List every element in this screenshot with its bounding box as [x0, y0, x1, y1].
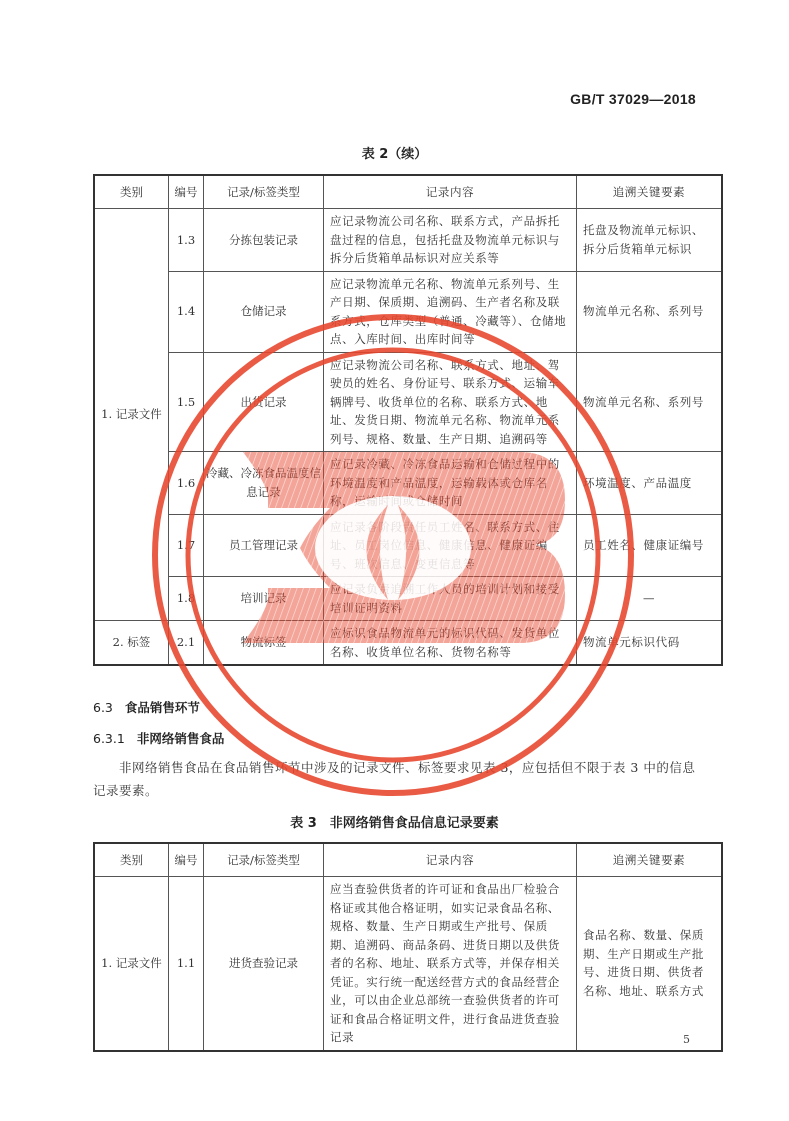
number-cell: 1.1 [169, 877, 204, 1051]
content-cell: 应当查验供货者的许可证和食品出厂检验合格证或其他合格证明，如实记录食品名称、规格… [324, 877, 577, 1051]
column-header-content: 记录内容 [324, 175, 577, 209]
number-cell: 1.5 [169, 352, 204, 452]
column-header-key-elements: 追溯关键要素 [577, 175, 723, 209]
column-header-content: 记录内容 [324, 843, 577, 877]
column-header-category: 类别 [94, 843, 169, 877]
body-paragraph: 非网络销售食品在食品销售环节中涉及的记录文件、标签要求见表 3，应包括但不限于表… [93, 756, 699, 802]
table-header-row: 类别 编号 记录/标签类型 记录内容 追溯关键要素 [94, 175, 722, 209]
column-header-number: 编号 [169, 175, 204, 209]
type-cell: 员工管理记录 [204, 514, 324, 577]
content-cell: 应记录负责追溯工作人员的培训计划和接受培训证明资料 [324, 577, 577, 621]
number-cell: 1.8 [169, 577, 204, 621]
content-cell: 应记录物流公司名称、联系方式、地址、驾驶员的姓名、身份证号、联系方式、运输车辆牌… [324, 352, 577, 452]
standard-code: GB/T 37029—2018 [570, 91, 696, 107]
table-row: 1.6冷藏、冷冻食品温度信息记录应记录冷藏、冷冻食品运输和仓储过程中的环境温度和… [94, 452, 722, 515]
content-cell: 应记录物流公司名称、联系方式，产品拆托盘过程的信息，包括托盘及物流单元标识与拆分… [324, 209, 577, 272]
column-header-type: 记录/标签类型 [204, 843, 324, 877]
key-elements-cell: 物流单元名称、系列号 [577, 352, 723, 452]
type-cell: 冷藏、冷冻食品温度信息记录 [204, 452, 324, 515]
key-elements-cell: — [577, 577, 723, 621]
table-row: 2. 标签2.1物流标签应标识食品物流单元的标识代码、发货单位名称、收货单位名称… [94, 621, 722, 666]
table-row: 1.5出货记录应记录物流公司名称、联系方式、地址、驾驶员的姓名、身份证号、联系方… [94, 352, 722, 452]
table-row: 1. 记录文件1.3分拣包装记录应记录物流公司名称、联系方式，产品拆托盘过程的信… [94, 209, 722, 272]
section-heading-6-3: 6.3食品销售环节 [93, 698, 200, 716]
type-cell: 培训记录 [204, 577, 324, 621]
number-cell: 1.6 [169, 452, 204, 515]
section-heading-6-3-1: 6.3.1非网络销售食品 [93, 729, 224, 747]
type-cell: 进货查验记录 [204, 877, 324, 1051]
category-cell: 1. 记录文件 [94, 209, 169, 621]
section-number: 6.3.1 [93, 731, 125, 746]
table-row: 1. 记录文件 1.1 进货查验记录 应当查验供货者的许可证和食品出厂检验合格证… [94, 877, 722, 1051]
key-elements-cell: 物流单元标识代码 [577, 621, 723, 666]
number-cell: 1.3 [169, 209, 204, 272]
section-title: 非网络销售食品 [137, 731, 225, 746]
category-cell: 2. 标签 [94, 621, 169, 666]
number-cell: 2.1 [169, 621, 204, 666]
section-number: 6.3 [93, 700, 113, 715]
content-cell: 应记录物流单元名称、物流单元系列号、生产日期、保质期、追溯码、生产者名称及联系方… [324, 271, 577, 352]
table-row: 1.7员工管理记录应记录各阶段责任员工姓名、联系方式、住址、员工岗位信息、健康信… [94, 514, 722, 577]
type-cell: 分拣包装记录 [204, 209, 324, 272]
table-2: 类别 编号 记录/标签类型 记录内容 追溯关键要素 1. 记录文件1.3分拣包装… [93, 174, 723, 666]
type-cell: 仓储记录 [204, 271, 324, 352]
column-header-type: 记录/标签类型 [204, 175, 324, 209]
page-number: 5 [683, 1033, 690, 1046]
key-elements-cell: 员工姓名、健康证编号 [577, 514, 723, 577]
table-row: 1.4仓储记录应记录物流单元名称、物流单元系列号、生产日期、保质期、追溯码、生产… [94, 271, 722, 352]
content-cell: 应标识食品物流单元的标识代码、发货单位名称、收货单位名称、货物名称等 [324, 621, 577, 666]
content-cell: 应记录各阶段责任员工姓名、联系方式、住址、员工岗位信息、健康信息、健康证编号、班… [324, 514, 577, 577]
table-row: 1.8培训记录应记录负责追溯工作人员的培训计划和接受培训证明资料— [94, 577, 722, 621]
key-elements-cell: 环境温度、产品温度 [577, 452, 723, 515]
number-cell: 1.4 [169, 271, 204, 352]
number-cell: 1.7 [169, 514, 204, 577]
key-elements-cell: 托盘及物流单元标识、拆分后货箱单元标识 [577, 209, 723, 272]
type-cell: 物流标签 [204, 621, 324, 666]
column-header-key-elements: 追溯关键要素 [577, 843, 723, 877]
content-cell: 应记录冷藏、冷冻食品运输和仓储过程中的环境温度和产品温度，运输载体或仓库名称，运… [324, 452, 577, 515]
column-header-category: 类别 [94, 175, 169, 209]
type-cell: 出货记录 [204, 352, 324, 452]
section-title: 食品销售环节 [125, 700, 200, 715]
table-3-caption: 表 3 非网络销售食品信息记录要素 [0, 812, 789, 831]
table-2-caption: 表 2（续） [0, 143, 789, 162]
category-cell: 1. 记录文件 [94, 877, 169, 1051]
column-header-number: 编号 [169, 843, 204, 877]
table-header-row: 类别 编号 记录/标签类型 记录内容 追溯关键要素 [94, 843, 722, 877]
key-elements-cell: 物流单元名称、系列号 [577, 271, 723, 352]
key-elements-cell: 食品名称、数量、保质期、生产日期或生产批号、进货日期、供货者名称、地址、联系方式 [577, 877, 723, 1051]
table-3: 类别 编号 记录/标签类型 记录内容 追溯关键要素 1. 记录文件 1.1 进货… [93, 842, 723, 1052]
